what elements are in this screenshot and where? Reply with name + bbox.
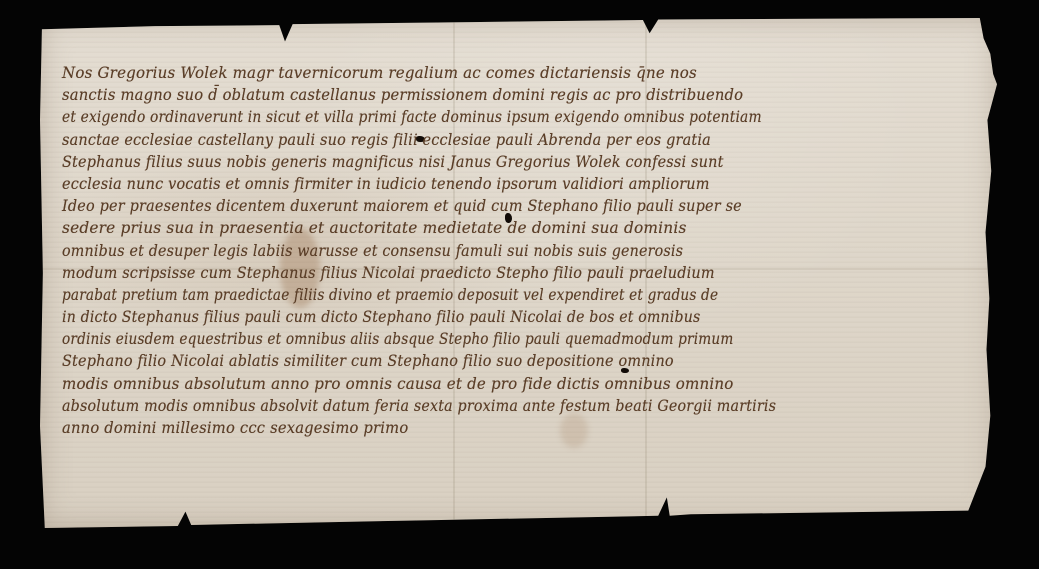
manuscript-text-block: Nos Gregorius Wolek magr tavernicorum re… <box>62 62 942 439</box>
text-line: ecclesia nunc vocatis et omnis firmiter … <box>62 173 942 195</box>
text-line: in dicto Stephanus filius pauli cum dict… <box>62 306 942 328</box>
text-line: modum scripsisse cum Stephanus filius Ni… <box>62 262 942 284</box>
text-line: sanctae ecclesiae castellany pauli suo r… <box>62 129 942 151</box>
text-line: anno domini millesimo ccc sexagesimo pri… <box>62 417 942 439</box>
text-line: omnibus et desuper legis labiis warusse … <box>62 240 942 262</box>
text-line: Stephano filio Nicolai ablatis similiter… <box>62 350 942 372</box>
photo-frame: Nos Gregorius Wolek magr tavernicorum re… <box>0 0 1039 569</box>
text-line: ordinis eiusdem equestribus et omnibus a… <box>62 328 942 350</box>
text-line: absolutum modis omnibus absolvit datum f… <box>62 395 942 417</box>
text-line: modis omnibus absolutum anno pro omnis c… <box>62 373 942 395</box>
text-line: parabat pretium tam praedictae filiis di… <box>62 284 942 306</box>
text-line: sedere prius sua in praesentia et auctor… <box>62 217 942 239</box>
text-line: et exigendo ordinaverunt in sicut et vil… <box>62 106 942 128</box>
text-line: Stephanus filius suus nobis generis magn… <box>62 151 942 173</box>
text-line: sanctis magno suo d̄ oblatum castellanus… <box>62 84 942 106</box>
text-line: Ideo per praesentes dicentem duxerunt ma… <box>62 195 942 217</box>
text-line: Nos Gregorius Wolek magr tavernicorum re… <box>62 62 942 84</box>
